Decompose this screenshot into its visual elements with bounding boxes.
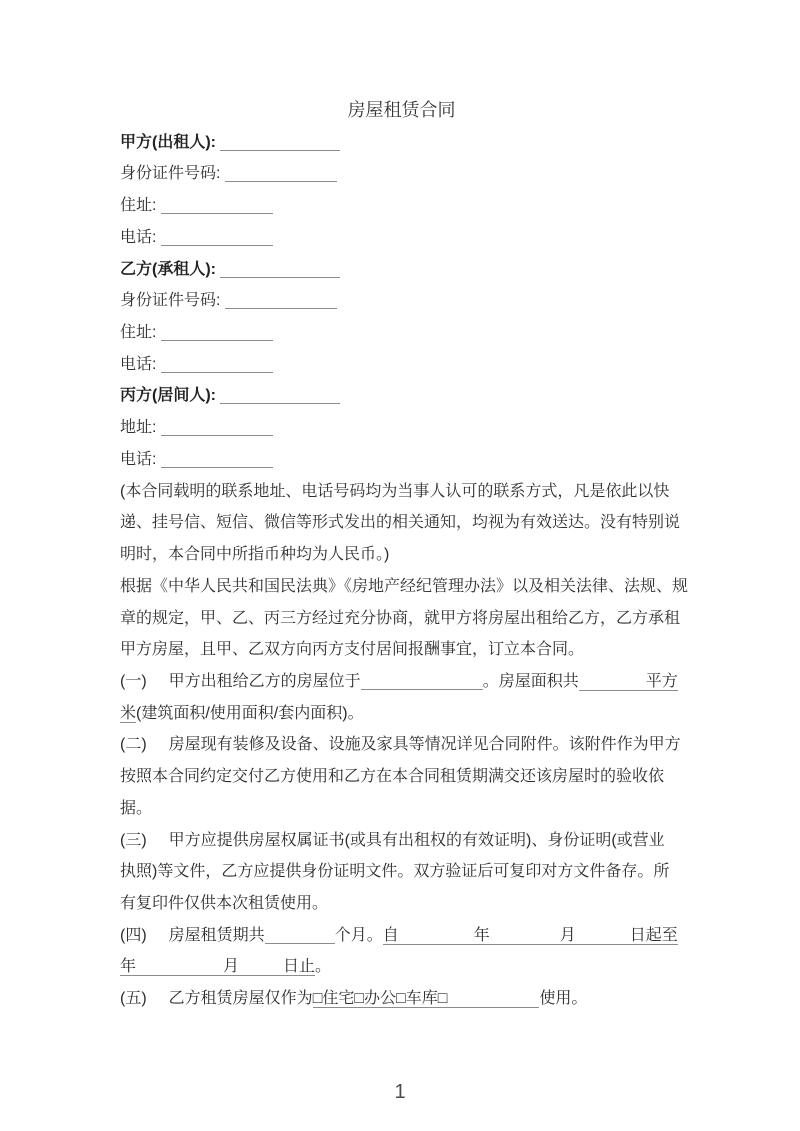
- party-a-address-row: 住址:: [120, 190, 683, 222]
- blank-party-c-phone[interactable]: [161, 449, 273, 468]
- clause-3-text-1: 甲方应提供房屋权属证书(或具有出租权的有效证明)、身份证明(或营业: [169, 832, 665, 849]
- party-c-name-row: 丙方(居间人):: [120, 380, 683, 412]
- blank-end-month[interactable]: [136, 970, 223, 971]
- party-a-label: 甲方(出租人):: [120, 134, 220, 151]
- lease-end-group: 年月日止: [120, 958, 315, 976]
- clause-1-number: (一): [120, 673, 147, 690]
- contract-document: 房屋租赁合同 甲方(出租人): 身份证件号码: 住址: 电话: 乙方(承租人):…: [120, 95, 683, 1015]
- usage-options-group: □住宅□办公□车库□: [313, 990, 540, 1008]
- party-a-phone-row: 电话:: [120, 222, 683, 254]
- checkbox-garage[interactable]: □车库: [396, 990, 438, 1007]
- page-number: 1: [0, 1078, 800, 1106]
- text-day-end: 日止: [283, 958, 315, 975]
- party-b-address-label: 住址:: [120, 324, 161, 341]
- blank-party-a-id[interactable]: [225, 163, 337, 182]
- blank-start-day[interactable]: [576, 939, 630, 940]
- blank-party-a-name[interactable]: [220, 132, 340, 151]
- clause-1-line-2: 米(建筑面积/使用面积/套内面积)。: [120, 698, 683, 730]
- clause-4-line-1: (四)房屋租赁期共个月。自年月日起至: [120, 920, 683, 952]
- clause-1-text-location: 甲方出租给乙方的房屋位于: [169, 673, 361, 690]
- party-b-id-label: 身份证件号码:: [120, 292, 225, 309]
- contact-note-line-3: 明时，本合同中所指币种均为人民币。): [120, 539, 683, 571]
- clause-1-line-1: (一)甲方出租给乙方的房屋位于。房屋面积共平方: [120, 666, 683, 698]
- clause-4-text-months: 个月。: [335, 927, 383, 944]
- unit-pingfang: 平方: [646, 673, 678, 690]
- party-c-address-row: 地址:: [120, 412, 683, 444]
- clause-5-text-usage: 乙方租赁房屋仅作为: [169, 990, 313, 1007]
- party-b-label: 乙方(承租人):: [120, 261, 220, 278]
- checkbox-residential[interactable]: □住宅: [313, 990, 355, 1007]
- text-day-until: 日起至: [630, 927, 678, 944]
- text-from: 自: [383, 927, 399, 944]
- blank-end-day[interactable]: [239, 970, 283, 971]
- text-year: 年: [120, 958, 136, 975]
- blank-party-b-address[interactable]: [161, 322, 273, 341]
- clause-3-line-3: 有复印件仅供本次租赁使用。: [120, 888, 683, 920]
- lease-start-group: 自年月日起至: [383, 927, 678, 945]
- clause-2-line-1: (二)房屋现有装修及设备、设施及家具等情况详见合同附件。该附件作为甲方: [120, 729, 683, 761]
- blank-party-c-address[interactable]: [161, 417, 273, 436]
- clause-5-line-1: (五)乙方租赁房屋仅作为□住宅□办公□车库□使用。: [120, 983, 683, 1015]
- clause-1-text-area: 。房屋面积共: [483, 673, 579, 690]
- clause-5-text-use: 使用。: [539, 990, 587, 1007]
- blank-party-b-id[interactable]: [225, 290, 337, 309]
- clause-3-line-1: (三)甲方应提供房屋权属证书(或具有出租权的有效证明)、身份证明(或营业: [120, 825, 683, 857]
- clause-4-text-term: 房屋租赁期共: [169, 927, 265, 944]
- party-a-phone-label: 电话:: [120, 229, 161, 246]
- party-a-name-row: 甲方(出租人):: [120, 127, 683, 159]
- legal-basis-line-2: 章的规定，甲、乙、丙三方经过充分协商，就甲方将房屋出租给乙方，乙方承租: [120, 603, 683, 635]
- party-c-label: 丙方(居间人):: [120, 387, 220, 404]
- party-c-address-label: 地址:: [120, 419, 161, 436]
- text-month: 月: [223, 958, 239, 975]
- clause-2-line-3: 据。: [120, 793, 683, 825]
- clause-4-number: (四): [120, 927, 147, 944]
- contact-note-line-2: 递、挂号信、短信、微信等形式发出的相关通知，均视为有效送达。没有特别说: [120, 507, 683, 539]
- clause-3-number: (三): [120, 832, 147, 849]
- blank-house-area[interactable]: [579, 685, 646, 686]
- period-mark: 。: [315, 958, 331, 975]
- blank-party-a-address[interactable]: [161, 195, 273, 214]
- blank-party-b-name[interactable]: [220, 259, 340, 278]
- clause-1-area-type: (建筑面积/使用面积/套内面积)。: [136, 705, 364, 722]
- clause-2-text-1: 房屋现有装修及设备、设施及家具等情况详见合同附件。该附件作为甲方: [169, 736, 681, 753]
- legal-basis-line-3: 甲方房屋，且甲、乙双方向丙方支付居间报酬事宜，订立本合同。: [120, 634, 683, 666]
- blank-party-c-name[interactable]: [220, 385, 340, 404]
- document-title: 房屋租赁合同: [120, 95, 683, 127]
- party-a-id-row: 身份证件号码:: [120, 158, 683, 190]
- clause-4-line-2: 年月日止。: [120, 951, 683, 983]
- house-area-group: 平方: [579, 673, 678, 691]
- party-b-name-row: 乙方(承租人):: [120, 254, 683, 286]
- party-b-phone-label: 电话:: [120, 356, 161, 373]
- clause-5-number: (五): [120, 990, 147, 1007]
- contact-note-line-1: (本合同载明的联系地址、电话号码均为当事人认可的联系方式，凡是依此以快: [120, 476, 683, 508]
- checkbox-other[interactable]: □: [438, 990, 448, 1007]
- clause-2-number: (二): [120, 736, 147, 753]
- text-year: 年: [474, 927, 490, 944]
- unit-mi: 米: [120, 705, 136, 723]
- clause-2-line-2: 按照本合同约定交付乙方使用和乙方在本合同租赁期满交还该房屋时的验收依: [120, 761, 683, 793]
- clause-3-line-2: 执照)等文件，乙方应提供身份证明文件。双方验证后可复印对方文件备存。所: [120, 856, 683, 888]
- party-a-address-label: 住址:: [120, 197, 161, 214]
- blank-lease-months[interactable]: [265, 925, 335, 944]
- party-b-phone-row: 电话:: [120, 349, 683, 381]
- text-month: 月: [560, 927, 576, 944]
- checkbox-office[interactable]: □办公: [354, 990, 396, 1007]
- blank-start-year[interactable]: [399, 939, 474, 940]
- party-b-address-row: 住址:: [120, 317, 683, 349]
- blank-start-month[interactable]: [490, 939, 560, 940]
- legal-basis-line-1: 根据《中华人民共和国民法典》《房地产经纪管理办法》以及相关法律、法规、规: [120, 571, 683, 603]
- party-b-id-row: 身份证件号码:: [120, 285, 683, 317]
- party-c-phone-row: 电话:: [120, 444, 683, 476]
- party-c-phone-label: 电话:: [120, 451, 161, 468]
- blank-party-a-phone[interactable]: [161, 227, 273, 246]
- blank-other-use[interactable]: [447, 1002, 539, 1003]
- blank-house-location[interactable]: [361, 671, 483, 690]
- blank-party-b-phone[interactable]: [161, 354, 273, 373]
- party-a-id-label: 身份证件号码:: [120, 165, 225, 182]
